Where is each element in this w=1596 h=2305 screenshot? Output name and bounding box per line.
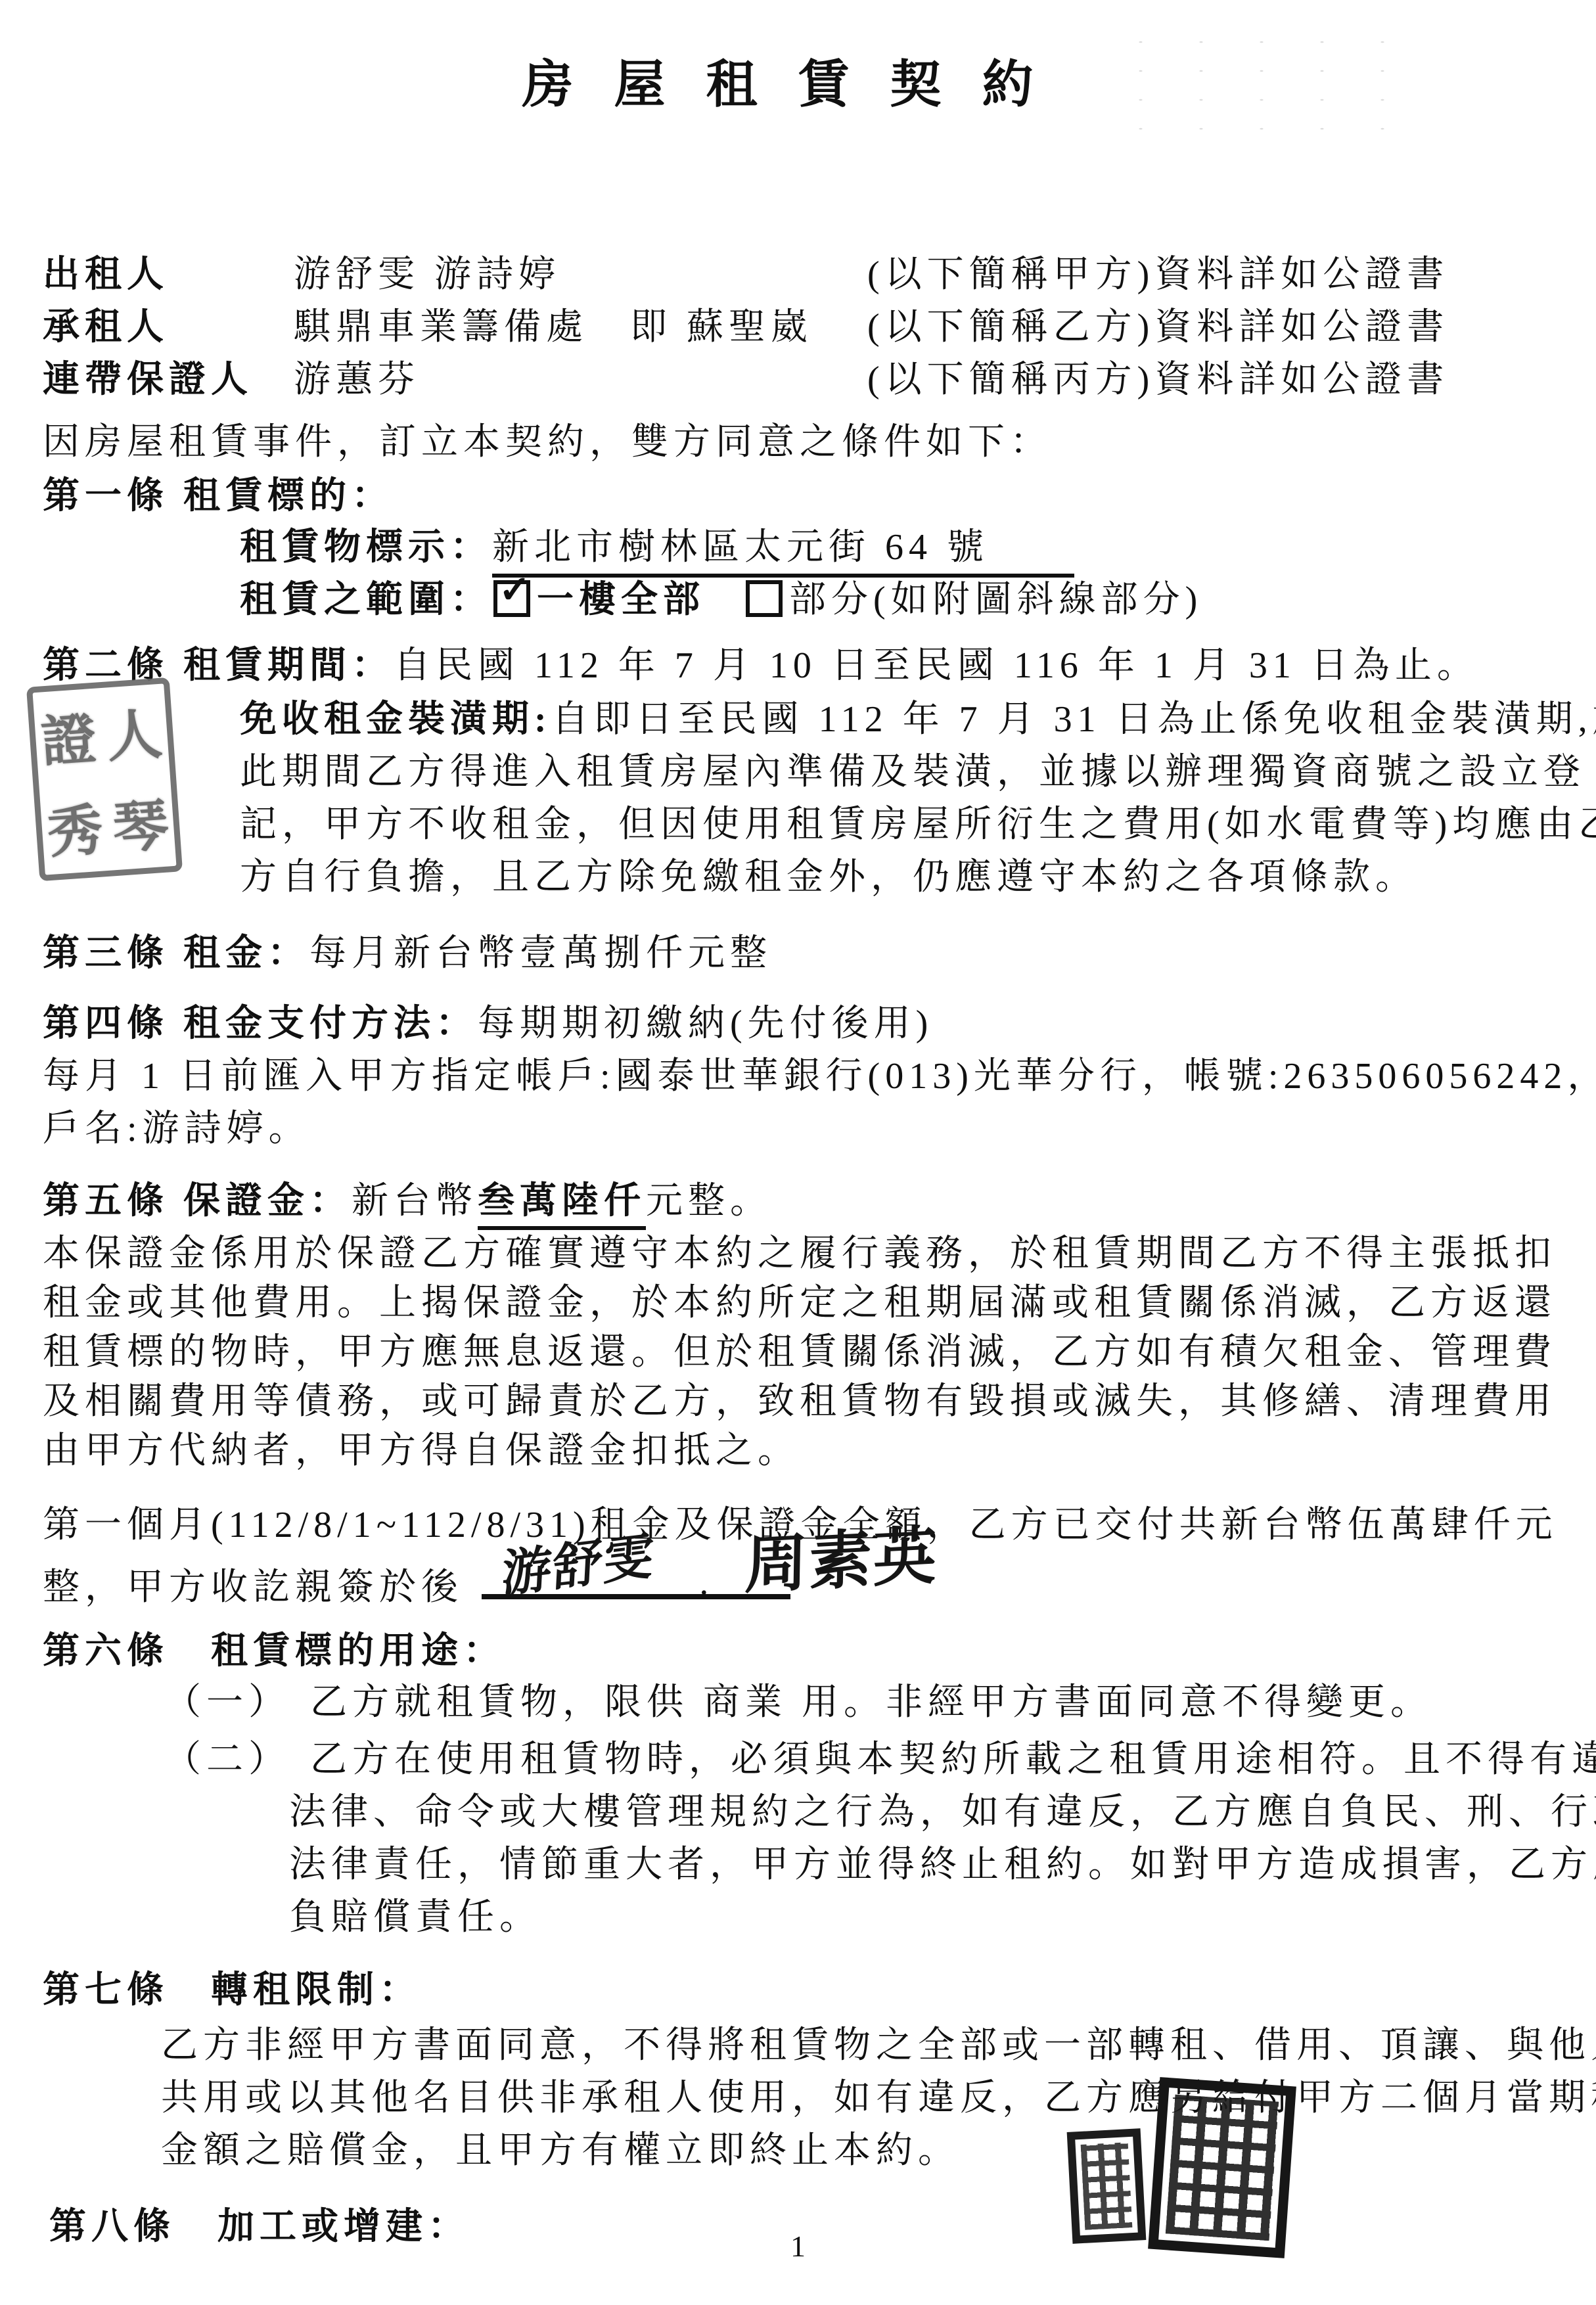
article5-line: 及相關費用等債務，或可歸責於乙方，致租賃物有毀損或滅失，其修繕、清理費用 xyxy=(43,1380,1557,1424)
article4-heading: 第四條 租金支付方法：每期期初繳納(先付後用) xyxy=(43,1002,933,1046)
renovation-period-text: 自即日至民國 112 年 7 月 31 日為止係免收租金裝潢期,於 xyxy=(552,699,1596,740)
party-label: 出租人 xyxy=(43,253,279,297)
item-text: 乙方在使用租賃物時，必須與本契約所載之租賃用途相符。且不得有違反 xyxy=(310,1739,1596,1780)
seal-script-pattern xyxy=(1081,2142,1133,2230)
article5-line: 租金或其他費用。上揭保證金，於本約所定之租期屆滿或租賃關係消滅，乙方返還 xyxy=(43,1281,1557,1325)
article7-heading: 第七條 轉租限制： xyxy=(43,1969,421,2013)
party-note: (以下簡稱乙方)資料詳如公證書 xyxy=(867,306,1449,350)
article2-heading: 第二條 租賃期間：自民國 112 年 7 月 10 日至民國 116 年 1 月… xyxy=(43,644,1479,688)
signature-line: 整，甲方收訖親簽於後游舒雯．周素英 xyxy=(43,1555,790,1610)
article2-line: 方自行負擔，且乙方除免繳租金外，仍應遵守本約之各項條款。 xyxy=(240,856,1417,900)
article7-line: 共用或以其他名目供非承租人使用，如有違反，乙方應另給付甲方二個月當期租 xyxy=(161,2076,1596,2120)
article5-currency: 新台幣 xyxy=(352,1181,478,1221)
article2-line: 此期間乙方得進入租賃房屋內準備及裝潢，並據以辦理獨資商號之設立登 xyxy=(240,750,1585,794)
intro-line: 因房屋租賃事件，訂立本契約，雙方同意之條件如下： xyxy=(43,421,1052,465)
party-label: 連帶保證人 xyxy=(43,358,279,402)
article4-rest: 每期期初繳納(先付後用) xyxy=(478,1003,933,1044)
article6-item2-line: 法律、命令或大樓管理規約之行為，如有違反，乙方應自負民、刑、行政 xyxy=(289,1791,1596,1835)
article5-label: 第五條 保證金： xyxy=(43,1181,352,1221)
checkbox-checked-icon: ✓ xyxy=(493,580,530,617)
article5-post: 元整。 xyxy=(646,1181,772,1221)
party-name: 游舒雯 游詩婷 xyxy=(294,254,560,295)
article4-label: 第四條 租金支付方法： xyxy=(43,1003,478,1044)
seal-char: 琴 xyxy=(110,781,171,865)
article6-item2-line: 負賠償責任。 xyxy=(289,1896,541,1940)
article4-line: 每月 1 日前匯入甲方指定帳戶:國泰世華銀行(013)光華分行，帳號:26350… xyxy=(43,1055,1596,1099)
handwritten-signature-2: 周素英 xyxy=(744,1518,938,1604)
article6-item2-line: 法律責任，情節重大者，甲方並得終止租約。如對甲方造成損害，乙方應 xyxy=(289,1843,1596,1887)
witness-seal-stamp: 證 人 秀 琴 xyxy=(26,677,183,881)
renovation-period-label: 免收租金裝潢期: xyxy=(240,699,552,740)
article1-scope-line: 租賃之範圍：✓一樓全部部分(如附圖斜線部分) xyxy=(240,578,1202,622)
signature-underline: 游舒雯．周素英 xyxy=(482,1555,790,1599)
scope-checked-option: 一樓全部 xyxy=(537,580,705,620)
article6-heading: 第六條 租賃標的用途： xyxy=(43,1630,505,1674)
seal-char: 證 xyxy=(38,695,99,778)
signature-prompt: 整，甲方收訖親簽於後 xyxy=(43,1567,463,1608)
article3-heading: 第三條 租金：每月新台幣壹萬捌仟元整 xyxy=(43,932,772,976)
article6-item2: （二）乙方在使用租賃物時，必須與本契約所載之租賃用途相符。且不得有違反 xyxy=(164,1738,1596,1782)
item-number: （二） xyxy=(164,1739,290,1780)
article4-line: 戶名:游詩婷。 xyxy=(43,1107,311,1151)
seal-char: 秀 xyxy=(45,786,105,869)
scope-label: 租賃之範圍： xyxy=(240,580,492,620)
party-row-lessee: 承租人 騏鼎車業籌備處 即 蘇聖崴 (以下簡稱乙方)資料詳如公證書 xyxy=(43,306,813,350)
checkbox-unchecked-icon xyxy=(746,580,783,617)
item-text: 乙方就租賃物，限供 商業 用。非經甲方書面同意不得變更。 xyxy=(310,1682,1432,1723)
article7-line: 乙方非經甲方書面同意，不得將租賃物之全部或一部轉租、借用、頂讓、與他人 xyxy=(161,2024,1596,2068)
article3-label: 第三條 租金： xyxy=(43,933,309,974)
seal-script-pattern xyxy=(1166,2095,1279,2241)
article5-line: 租賃標的物時，甲方應無息返還。但於租賃關係消滅，乙方如有積欠租金、管理費 xyxy=(43,1331,1557,1375)
party-note: (以下簡稱甲方)資料詳如公證書 xyxy=(867,253,1449,297)
party-note: (以下簡稱丙方)資料詳如公證書 xyxy=(867,358,1449,402)
seal-char: 人 xyxy=(104,690,164,773)
deposit-amount: 叁萬陸仟 xyxy=(478,1179,646,1230)
article5-line: 由甲方代納者，甲方得自保證金扣抵之。 xyxy=(43,1429,800,1473)
article2-line: 記，甲方不收租金，但因使用租賃房屋所衍生之費用(如水電費等)均應由乙 xyxy=(240,803,1596,847)
party-row-guarantor: 連帶保證人 游蕙芬 (以下簡稱丙方)資料詳如公證書 xyxy=(43,358,420,402)
scanned-contract-page: { "title": "房屋租賃契約", "parties": { "rows"… xyxy=(0,0,1596,2305)
article7-line: 金額之賠償金，且甲方有權立即終止本約。 xyxy=(161,2129,960,2173)
article1-heading: 第一條 租賃標的： xyxy=(43,474,394,518)
party-name: 騏鼎車業籌備處 即 蘇聖崴 xyxy=(294,307,813,348)
article2-label: 第二條 租賃期間： xyxy=(43,645,394,686)
article1-subject-line: 租賃物標示：新北市樹林區太元街 64 號 xyxy=(240,526,1074,578)
party-name: 游蕙芬 xyxy=(294,359,420,400)
party-row-lessor: 出租人 游舒雯 游詩婷 (以下簡稱甲方)資料詳如公證書 xyxy=(43,253,560,297)
party-label: 承租人 xyxy=(43,306,279,350)
subject-address: 新北市樹林區太元街 64 號 xyxy=(492,526,1074,578)
item-number: （一） xyxy=(164,1682,290,1723)
document-title: 房屋租賃契約 xyxy=(0,43,1596,117)
article2-sub-line: 免收租金裝潢期:自即日至民國 112 年 7 月 31 日為止係免收租金裝潢期,… xyxy=(240,698,1596,742)
article5-heading: 第五條 保證金：新台幣叁萬陸仟元整。 xyxy=(43,1179,772,1230)
signature-dot: ． xyxy=(696,1565,733,1602)
article2-rest: 自民國 112 年 7 月 10 日至民國 116 年 1 月 31 日為止。 xyxy=(394,645,1479,686)
small-seal-stamp xyxy=(1067,2128,1147,2244)
article6-item1: （一）乙方就租賃物，限供 商業 用。非經甲方書面同意不得變更。 xyxy=(164,1681,1432,1725)
article3-rest: 每月新台幣壹萬捌仟元整 xyxy=(309,933,772,974)
subject-label: 租賃物標示： xyxy=(240,527,492,568)
scope-unchecked-option: 部分(如附圖斜線部分) xyxy=(789,580,1202,620)
article5-line: 本保證金係用於保證乙方確實遵守本約之履行義務，於租賃期間乙方不得主張抵扣 xyxy=(43,1232,1557,1276)
page-number: 1 xyxy=(0,2229,1596,2264)
